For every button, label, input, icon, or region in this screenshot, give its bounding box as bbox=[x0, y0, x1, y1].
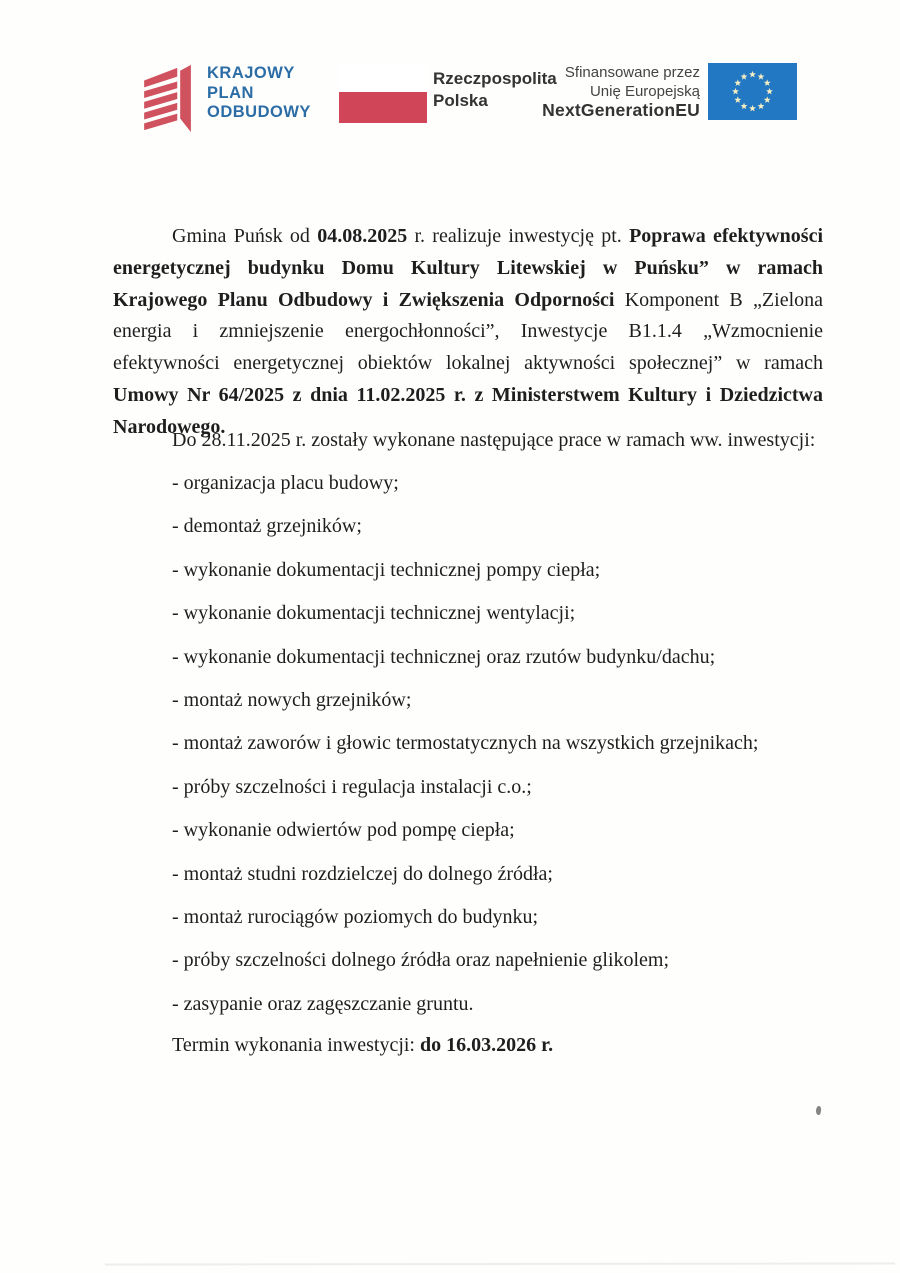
kpo-line2: PLAN bbox=[207, 84, 311, 104]
deadline-line: Termin wykonania inwestycji: do 16.03.20… bbox=[172, 1029, 852, 1061]
works-list-item: - próby szczelności i regulacja instalac… bbox=[172, 771, 852, 814]
kpo-line1: KRAJOWY bbox=[207, 64, 311, 84]
eu-line2: Unię Europejską bbox=[542, 82, 700, 101]
works-list-item: - wykonanie odwiertów pod pompę ciepła; bbox=[172, 814, 852, 857]
works-list-item: - wykonanie dokumentacji technicznej ora… bbox=[172, 641, 852, 684]
works-list-item: - montaż nowych grzejników; bbox=[172, 684, 852, 727]
works-intro-line: Do 28.11.2025 r. zostały wykonane następ… bbox=[172, 424, 852, 456]
works-list-item: - montaż zaworów i głowic termostatyczny… bbox=[172, 727, 852, 770]
works-list-item: - wykonanie dokumentacji technicznej wen… bbox=[172, 597, 852, 640]
scan-speck-artifact bbox=[815, 1106, 821, 1116]
works-list-item: - montaż rurociągów poziomych do budynku… bbox=[172, 901, 852, 944]
works-list: - organizacja placu budowy;- demontaż gr… bbox=[172, 467, 852, 1031]
eu-funding-logo: Sfinansowane przez Unię Europejską NextG… bbox=[467, 62, 797, 122]
kpo-building-icon bbox=[141, 62, 196, 136]
main-paragraph: Gmina Puńsk od 04.08.2025 r. realizuje i… bbox=[113, 221, 823, 444]
eu-line1: Sfinansowane przez bbox=[542, 63, 700, 82]
kpo-line3: ODBUDOWY bbox=[207, 103, 311, 123]
poland-flag-white-stripe bbox=[339, 63, 427, 92]
scan-bottom-edge-line bbox=[105, 1262, 895, 1265]
works-list-item: - montaż studni rozdzielczej do dolnego … bbox=[172, 858, 852, 901]
works-list-item: - demontaż grzejników; bbox=[172, 510, 852, 553]
scanned-document-page: KRAJOWY PLAN ODBUDOWY Rzeczpospolita Pol… bbox=[0, 0, 900, 1273]
eu-flag-icon bbox=[708, 63, 797, 120]
poland-flag-red-stripe bbox=[339, 92, 427, 123]
works-list-item: - wykonanie dokumentacji technicznej pom… bbox=[172, 554, 852, 597]
eu-line3: NextGenerationEU bbox=[542, 101, 700, 120]
works-list-item: - organizacja placu budowy; bbox=[172, 467, 852, 510]
works-list-item: - próby szczelności dolnego źródła oraz … bbox=[172, 944, 852, 987]
eu-logo-text: Sfinansowane przez Unię Europejską NextG… bbox=[542, 63, 700, 120]
kpo-logo-text: KRAJOWY PLAN ODBUDOWY bbox=[207, 64, 311, 123]
works-list-item: - zasypanie oraz zagęszczanie gruntu. bbox=[172, 988, 852, 1031]
